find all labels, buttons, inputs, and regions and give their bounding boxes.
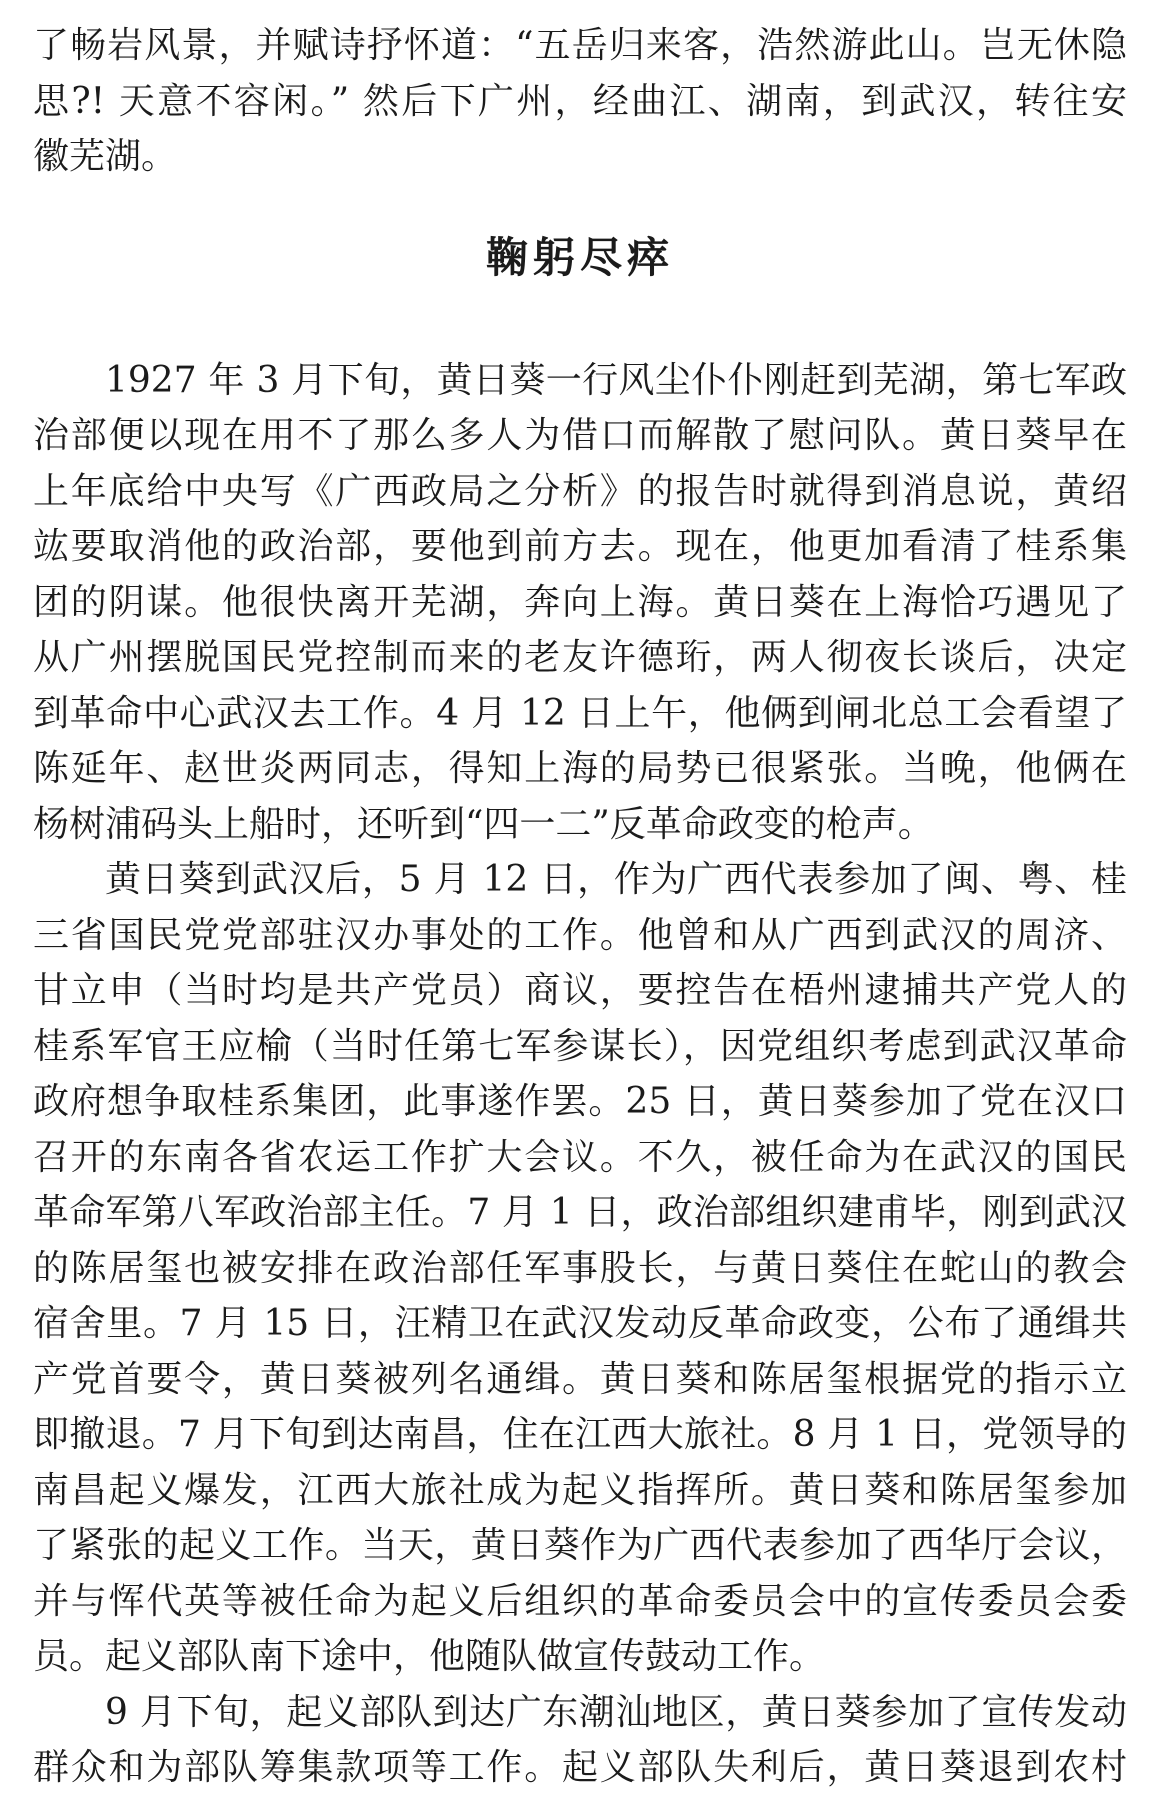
- text-line: 员。起义部队南下途中，他随队做宣传鼓动工作。: [33, 1629, 1127, 1685]
- text-line: 了畅岩风景，并赋诗抒怀道：“五岳归来客，浩然游此山。岂无休隐: [33, 18, 1127, 74]
- text-line: 杨树浦码头上船时，还听到“四一二”反革命政变的枪声。: [33, 797, 1127, 853]
- text-line: 1927 年 3 月下旬，黄日葵一行风尘仆仆刚赶到芜湖，第七军政: [33, 353, 1127, 409]
- text-line: 徽芜湖。: [33, 129, 1127, 185]
- text-line: 并与恽代英等被任命为起义后组织的革命委员会中的宣传委员会委: [33, 1574, 1127, 1630]
- paragraph-1: 1927 年 3 月下旬，黄日葵一行风尘仆仆刚赶到芜湖，第七军政 治部便以现在用…: [33, 353, 1127, 853]
- text-line: 陈延年、赵世炎两同志，得知上海的局势已很紧张。当晚，他俩在: [33, 741, 1127, 797]
- text-line: 宿舍里。7 月 15 日，汪精卫在武汉发动反革命政变，公布了通缉共: [33, 1296, 1127, 1352]
- text-line: 上年底给中央写《广西政局之分析》的报告时就得到消息说，黄绍: [33, 464, 1127, 520]
- text-line: 的陈居玺也被安排在政治部任军事股长，与黄日葵住在蛇山的教会: [33, 1241, 1127, 1297]
- text-line: 政府想争取桂系集团，此事遂作罢。25 日，黄日葵参加了党在汉口: [33, 1074, 1127, 1130]
- paragraph-2: 黄日葵到武汉后，5 月 12 日，作为广西代表参加了闽、粤、桂 三省国民党党部驻…: [33, 852, 1127, 1685]
- text-line: 三省国民党党部驻汉办事处的工作。他曾和从广西到武汉的周济、: [33, 908, 1127, 964]
- text-line: 甘立申（当时均是共产党员）商议，要控告在梧州逮捕共产党人的: [33, 963, 1127, 1019]
- text-line: 革命军第八军政治部主任。7 月 1 日，政治部组织建甫毕，刚到武汉: [33, 1185, 1127, 1241]
- text-line: 群众和为部队筹集款项等工作。起义部队失利后，黄日葵退到农村: [33, 1740, 1127, 1796]
- text-line: 召开的东南各省农运工作扩大会议。不久，被任命为在武汉的国民: [33, 1130, 1127, 1186]
- paragraph-3: 9 月下旬，起义部队到达广东潮汕地区，黄日葵参加了宣传发动 群众和为部队筹集款项…: [33, 1685, 1127, 1796]
- text-line: 团的阴谋。他很快离开芜湖，奔向上海。黄日葵在上海恰巧遇见了: [33, 575, 1127, 631]
- text-line: 南昌起义爆发，江西大旅社成为起义指挥所。黄日葵和陈居玺参加: [33, 1463, 1127, 1519]
- text-line: 桂系军官王应榆（当时任第七军参谋长），因党组织考虑到武汉革命: [33, 1019, 1127, 1075]
- text-line: 竑要取消他的政治部，要他到前方去。现在，他更加看清了桂系集: [33, 519, 1127, 575]
- text-line: 从广州摆脱国民党控制而来的老友许德珩，两人彻夜长谈后，决定: [33, 630, 1127, 686]
- text-line: 即撤退。7 月下旬到达南昌，住在江西大旅社。8 月 1 日，党领导的: [33, 1407, 1127, 1463]
- opening-paragraph: 了畅岩风景，并赋诗抒怀道：“五岳归来客，浩然游此山。岂无休隐 思?! 天意不容闲…: [33, 18, 1127, 185]
- book-page: 了畅岩风景，并赋诗抒怀道：“五岳归来客，浩然游此山。岂无休隐 思?! 天意不容闲…: [0, 0, 1160, 1814]
- text-line: 治部便以现在用不了那么多人为借口而解散了慰问队。黄日葵早在: [33, 408, 1127, 464]
- text-line: 黄日葵到武汉后，5 月 12 日，作为广西代表参加了闽、粤、桂: [33, 852, 1127, 908]
- text-line: 9 月下旬，起义部队到达广东潮汕地区，黄日葵参加了宣传发动: [33, 1685, 1127, 1741]
- text-line: 到革命中心武汉去工作。4 月 12 日上午，他俩到闸北总工会看望了: [33, 686, 1127, 742]
- text-line: 思?! 天意不容闲。” 然后下广州，经曲江、湖南，到武汉，转往安: [33, 74, 1127, 130]
- section-heading: 鞠躬尽瘁: [33, 229, 1127, 287]
- text-line: 了紧张的起义工作。当天，黄日葵作为广西代表参加了西华厅会议，: [33, 1518, 1127, 1574]
- text-line: 产党首要令，黄日葵被列名通缉。黄日葵和陈居玺根据党的指示立: [33, 1352, 1127, 1408]
